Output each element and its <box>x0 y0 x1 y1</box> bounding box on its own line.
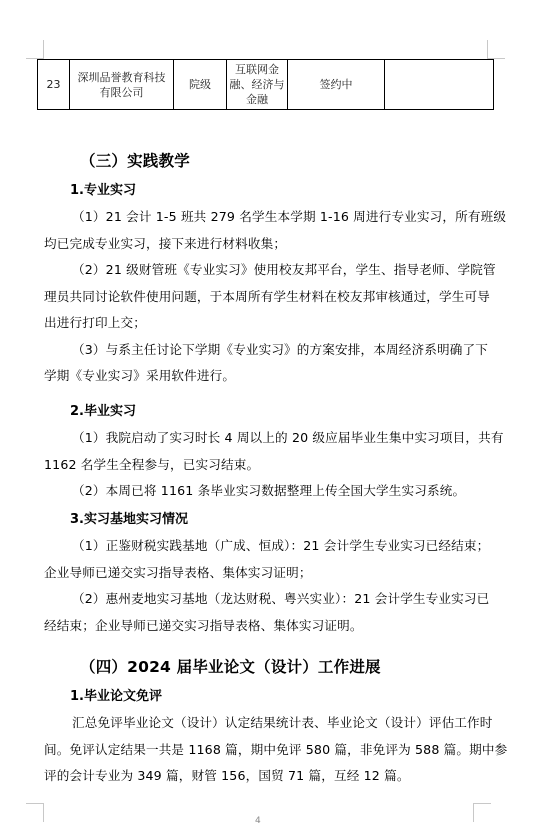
paragraph-line: 汇总免评毕业论文（设计）认定结果统计表、毕业论文（设计）评估工作时 <box>44 710 496 737</box>
cell-level: 院级 <box>174 60 227 110</box>
company-table: 23 深圳品誉教育科技 有限公司 院级 互联网金 融、经济与 金融 签约中 <box>37 59 494 110</box>
paragraph-line: 出进行打印上交； <box>44 310 496 337</box>
crop-mark-bottom-left-h <box>26 803 44 804</box>
paragraph-line: （1）21 会计 1-5 班共 279 名学生本学期 1-16 周进行专业实习，… <box>44 204 496 231</box>
major-line: 互联网金 <box>227 62 287 77</box>
paragraph: （1）我院启动了实习时长 4 周以上的 20 级应届毕业生集中实习项目，共有 1… <box>44 425 496 505</box>
section-heading: （四）2024 届毕业论文（设计）工作进展 <box>80 655 381 677</box>
subsection-heading: 2.毕业实习 <box>70 400 136 419</box>
paragraph-line: （1）正鉴财税实践基地（广成、恒成）：21 会计学生专业实习已经结束； <box>44 533 496 560</box>
paragraph: （1）21 会计 1-5 班共 279 名学生本学期 1-16 周进行专业实习，… <box>44 204 496 390</box>
major-line: 金融 <box>227 92 287 107</box>
cell-note <box>385 60 494 110</box>
paragraph-line: 企业导师已递交实习指导表格、集体实习证明； <box>44 560 496 587</box>
paragraph-line: 经结束；企业导师已递交实习指导表格、集体实习证明。 <box>44 613 496 640</box>
crop-mark-bottom-right-v <box>473 803 474 822</box>
crop-mark-top-right-v <box>487 40 488 59</box>
paragraph-line: 评的会计专业为 349 篇，财管 156，国贸 71 篇，互经 12 篇。 <box>44 763 496 790</box>
cell-status: 签约中 <box>288 60 385 110</box>
section-heading: （三）实践教学 <box>80 149 190 171</box>
company-line: 深圳品誉教育科技 <box>70 70 173 85</box>
cell-company: 深圳品誉教育科技 有限公司 <box>70 60 174 110</box>
subsection-heading: 3.实习基地实习情况 <box>70 508 188 527</box>
paragraph: （1）正鉴财税实践基地（广成、恒成）：21 会计学生专业实习已经结束； 企业导师… <box>44 533 496 639</box>
paragraph-line: （3）与系主任讨论下学期《专业实习》的方案安排，本周经济系明确了下 <box>44 337 496 364</box>
table-row: 23 深圳品誉教育科技 有限公司 院级 互联网金 融、经济与 金融 签约中 <box>38 60 494 110</box>
cell-index: 23 <box>38 60 70 110</box>
paragraph-line: 间。免评认定结果一共是 1168 篇，期中免评 580 篇，非免评为 588 篇… <box>44 737 496 764</box>
subsection-heading: 1.专业实习 <box>70 179 136 198</box>
crop-mark-bottom-right-h <box>473 803 491 804</box>
crop-mark-top-left-v <box>43 40 44 59</box>
company-line: 有限公司 <box>70 85 173 100</box>
major-line: 融、经济与 <box>227 77 287 92</box>
paragraph-line: （1）我院启动了实习时长 4 周以上的 20 级应届毕业生集中实习项目，共有 <box>44 425 496 452</box>
paragraph-line: 学期《专业实习》采用软件进行。 <box>44 363 496 390</box>
paragraph-line: 均已完成专业实习，接下来进行材料收集； <box>44 231 496 258</box>
paragraph-line: （2）21 级财管班《专业实习》使用校友邦平台，学生、指导老师、学院管 <box>44 257 496 284</box>
page-number: 4 <box>255 816 261 826</box>
subsection-heading: 1.毕业论文免评 <box>70 685 162 704</box>
paragraph-line: 1162 名学生全程参与，已实习结束。 <box>44 452 496 479</box>
paragraph: 汇总免评毕业论文（设计）认定结果统计表、毕业论文（设计）评估工作时 间。免评认定… <box>44 710 496 790</box>
paragraph-line: （2）本周已将 1161 条毕业实习数据整理上传全国大学生实习系统。 <box>44 478 496 505</box>
cell-major: 互联网金 融、经济与 金融 <box>227 60 288 110</box>
crop-mark-bottom-left-v <box>43 803 44 822</box>
paragraph-line: （2）惠州麦地实习基地（龙达财税、粤兴实业）：21 会计学生专业实习已 <box>44 586 496 613</box>
paragraph-line: 理员共同讨论软件使用问题，于本周所有学生材料在校友邦审核通过，学生可导 <box>44 284 496 311</box>
